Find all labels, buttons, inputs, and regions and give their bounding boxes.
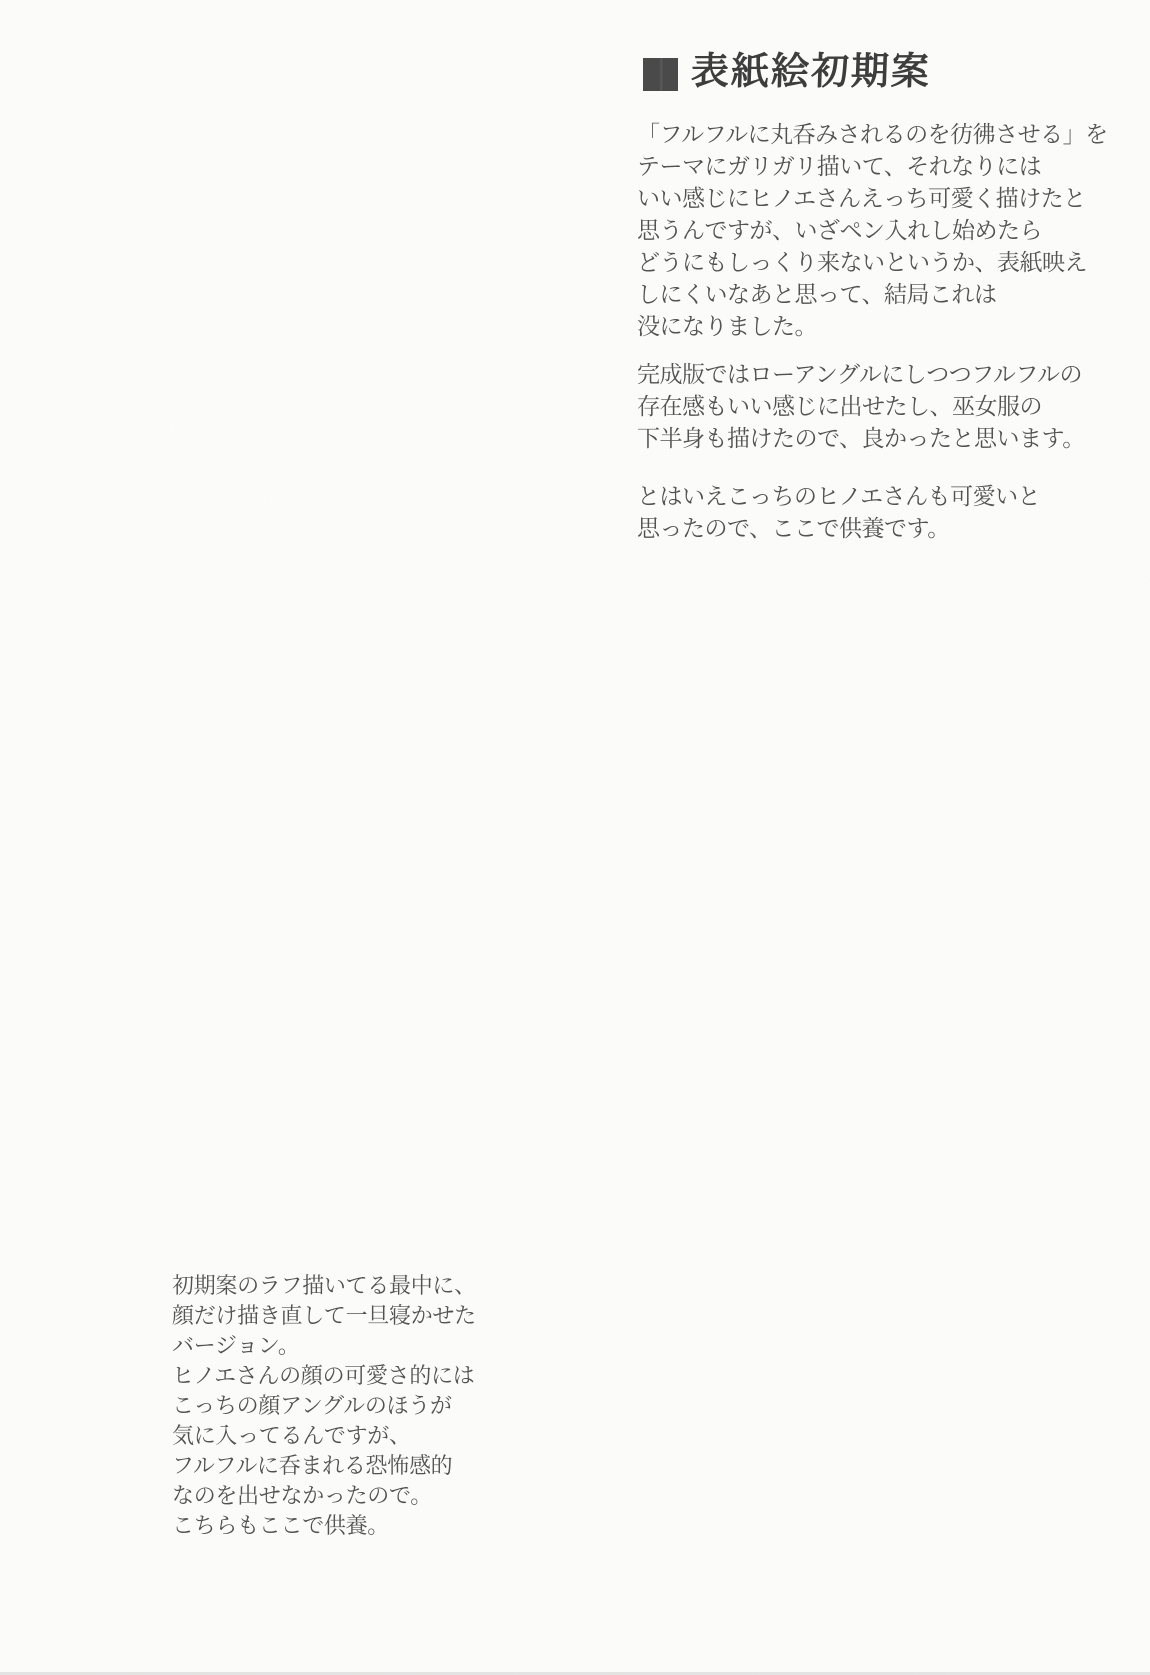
text-line: こっちの顔アングルのほうが xyxy=(172,1392,512,1422)
scanned-doujin-commentary-page: 表紙絵初期案 「フルフルに丸呑みされるのを彷彿させる」を テーマにガリガリ描いて… xyxy=(0,0,1150,1675)
text-line: 没になりました。 xyxy=(637,311,1117,343)
text-line: バージョン。 xyxy=(172,1332,512,1362)
commentary-column: 「フルフルに丸呑みされるのを彷彿させる」を テーマにガリガリ描いて、それなりには… xyxy=(637,119,1117,545)
text-line: 顔だけ描き直して一旦寝かせた xyxy=(172,1302,512,1332)
text-line: どうにもしっくり来ないというか、表紙映え xyxy=(637,247,1117,279)
text-line: 思うんですが、いざペン入れし始めたら xyxy=(637,215,1117,247)
text-line: とはいえこっちのヒノエさんも可愛いと xyxy=(637,481,1117,513)
text-line: フルフルに呑まれる恐怖感的 xyxy=(172,1452,512,1482)
text-line: 「フルフルに丸呑みされるのを彷彿させる」を xyxy=(637,119,1117,151)
bottom-left-note: 初期案のラフ描いてる最中に、 顔だけ描き直して一旦寝かせた バージョン。 ヒノエ… xyxy=(172,1272,512,1542)
text-line: いい感じにヒノエさんえっち可愛く描けたと xyxy=(637,183,1117,215)
commentary-paragraph-1: 「フルフルに丸呑みされるのを彷彿させる」を テーマにガリガリ描いて、それなりには… xyxy=(637,119,1117,343)
text-line: 初期案のラフ描いてる最中に、 xyxy=(172,1272,512,1302)
text-line: 下半身も描けたので、良かったと思います。 xyxy=(637,423,1117,455)
text-line: 気に入ってるんですが、 xyxy=(172,1422,512,1452)
text-line: ヒノエさんの顔の可愛さ的には xyxy=(172,1362,512,1392)
page-title: 表紙絵初期案 xyxy=(690,50,931,92)
text-line: テーマにガリガリ描いて、それなりには xyxy=(637,151,1117,183)
text-line: こちらもここで供養。 xyxy=(172,1512,512,1542)
section-header: 表紙絵初期案 xyxy=(643,50,931,92)
text-line: 存在感もいい感じに出せたし、巫女服の xyxy=(637,391,1117,423)
section-marker-square-icon xyxy=(643,58,678,91)
text-line: なのを出せなかったので。 xyxy=(172,1482,512,1512)
text-line: 完成版ではローアングルにしつつフルフルの xyxy=(637,359,1117,391)
commentary-paragraph-2: 完成版ではローアングルにしつつフルフルの 存在感もいい感じに出せたし、巫女服の … xyxy=(637,359,1117,455)
text-line: しにくいなあと思って、結局これは xyxy=(637,279,1117,311)
commentary-paragraph-3: とはいえこっちのヒノエさんも可愛いと 思ったので、ここで供養です。 xyxy=(637,481,1117,545)
text-line: 思ったので、ここで供養です。 xyxy=(637,513,1117,545)
